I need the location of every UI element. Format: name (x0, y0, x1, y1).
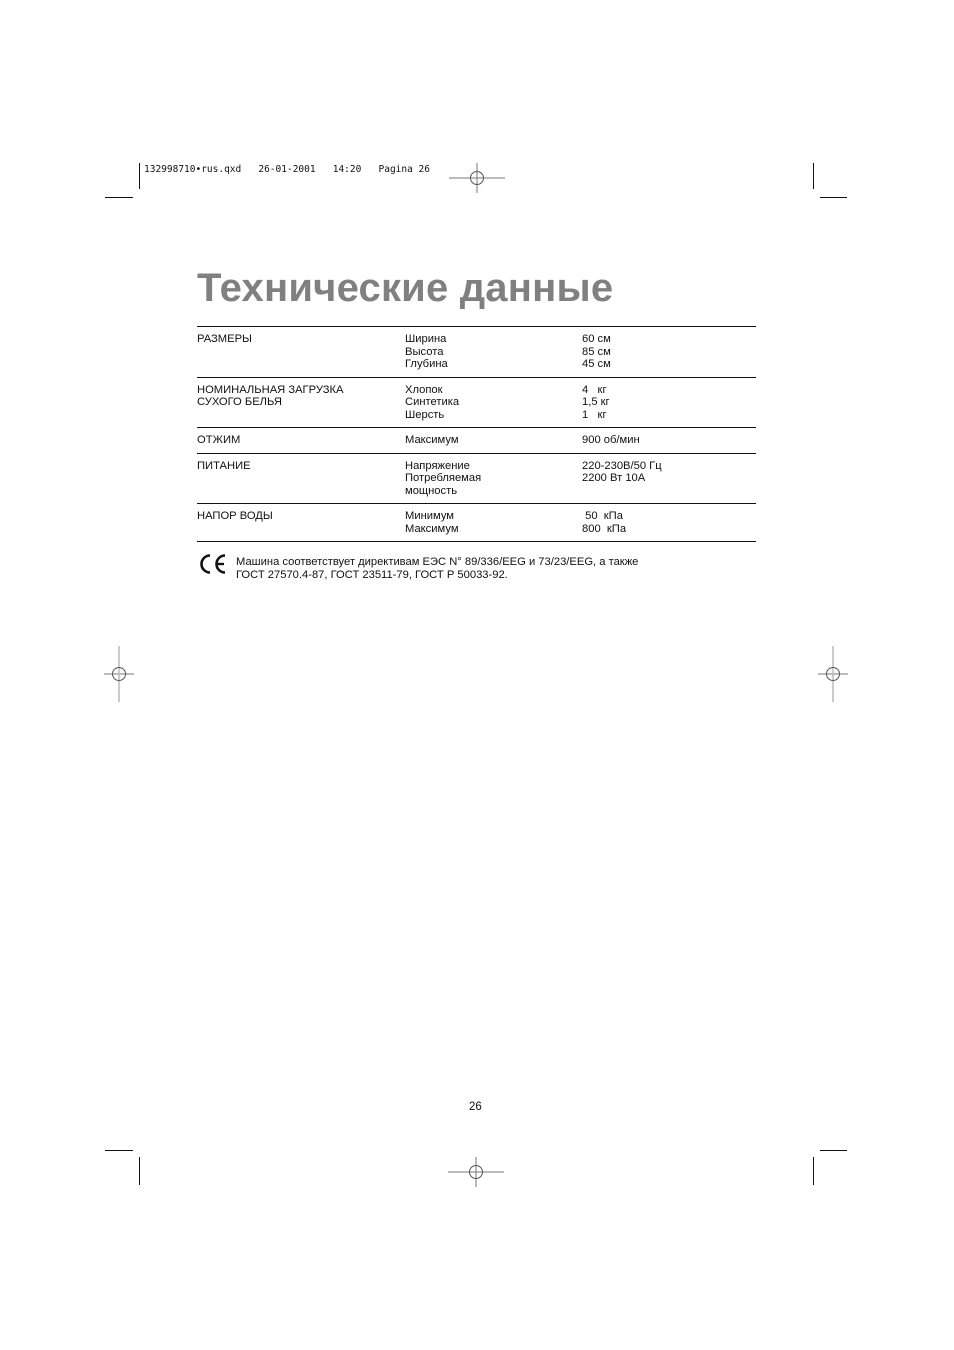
spec-category: НАПОР ВОДЫ (197, 510, 405, 523)
registration-mark-icon (449, 150, 505, 206)
spec-category: СУХОГО БЕЛЬЯ (197, 396, 405, 409)
crop-mark (813, 1157, 814, 1185)
spec-value: 50 кПа (582, 510, 756, 523)
crop-mark (139, 1157, 140, 1185)
spec-parameter-cell: Максимум (405, 434, 582, 447)
spec-parameter: Максимум (405, 523, 582, 536)
spec-parameter: Хлопок (405, 384, 582, 397)
spec-value-cell: 60 см85 см45 см (582, 333, 756, 371)
spec-value: 800 кПа (582, 523, 756, 536)
crop-mark (139, 163, 140, 189)
crop-mark (105, 197, 133, 198)
spec-parameter: Минимум (405, 510, 582, 523)
spec-category: РАЗМЕРЫ (197, 333, 405, 346)
spec-value: 220-230В/50 Гц (582, 460, 756, 473)
spec-parameter-cell: НапряжениеПотребляемаямощность (405, 460, 582, 498)
table-row: НОМИНАЛЬНАЯ ЗАГРУЗКАСУХОГО БЕЛЬЯХлопокСи… (197, 377, 756, 428)
registration-mark-icon (806, 646, 862, 702)
spec-value: 900 об/мин (582, 434, 756, 447)
compliance-line: Машина соответствует директивам ЕЭС N° 8… (236, 556, 696, 569)
spec-category: ПИТАНИЕ (197, 460, 405, 473)
spec-parameter-cell: ХлопокСинтетикаШерсть (405, 384, 582, 422)
table-row: РАЗМЕРЫШиринаВысотаГлубина60 см85 см45 с… (197, 326, 756, 377)
spec-value-cell: 900 об/мин (582, 434, 756, 447)
spec-parameter: мощность (405, 485, 582, 498)
spec-parameter: Потребляемая (405, 472, 582, 485)
crop-mark (813, 163, 814, 189)
spec-parameter: Высота (405, 346, 582, 359)
spec-value: 4 кг (582, 384, 756, 397)
spec-value-cell: 220-230В/50 Гц2200 Вт 10А (582, 460, 756, 498)
spec-parameter: Максимум (405, 434, 582, 447)
table-row: ОТЖИММаксимум900 об/мин (197, 427, 756, 453)
table-row: ПИТАНИЕНапряжениеПотребляемаямощность220… (197, 453, 756, 504)
compliance-text: Машина соответствует директивам ЕЭС N° 8… (236, 556, 696, 581)
spec-category-cell: НОМИНАЛЬНАЯ ЗАГРУЗКАСУХОГО БЕЛЬЯ (197, 384, 405, 422)
spec-value: 60 см (582, 333, 756, 346)
spec-category-cell: РАЗМЕРЫ (197, 333, 405, 371)
compliance-line: ГОСТ 27570.4-87, ГОСТ 23511-79, ГОСТ Р 5… (236, 569, 696, 582)
crop-mark (820, 1150, 847, 1151)
spec-parameter: Синтетика (405, 396, 582, 409)
spec-value-cell: 4 кг1,5 кг1 кг (582, 384, 756, 422)
spec-parameter: Шерсть (405, 409, 582, 422)
spec-category-cell: ПИТАНИЕ (197, 460, 405, 498)
spec-value: 1,5 кг (582, 396, 756, 409)
spec-value-cell: 50 кПа800 кПа (582, 510, 756, 535)
spec-parameter-cell: МинимумМаксимум (405, 510, 582, 535)
table-row: НАПОР ВОДЫМинимумМаксимум 50 кПа800 кПа (197, 503, 756, 542)
spec-table: РАЗМЕРЫШиринаВысотаГлубина60 см85 см45 с… (197, 326, 756, 542)
ce-mark-icon (198, 553, 228, 575)
registration-mark-icon (448, 1144, 504, 1200)
print-slug: 132998710•rus.qxd 26-01-2001 14:20 Pagin… (144, 164, 430, 175)
spec-category: ОТЖИМ (197, 434, 405, 447)
page-title: Технические данные (197, 266, 613, 311)
page-number: 26 (469, 1101, 482, 1113)
spec-value: 85 см (582, 346, 756, 359)
spec-parameter: Глубина (405, 358, 582, 371)
spec-value: 2200 Вт 10А (582, 472, 756, 485)
crop-mark (105, 1150, 133, 1151)
registration-mark-icon (92, 646, 148, 702)
spec-parameter: Напряжение (405, 460, 582, 473)
spec-value: 45 см (582, 358, 756, 371)
spec-category-cell: НАПОР ВОДЫ (197, 510, 405, 535)
spec-category-cell: ОТЖИМ (197, 434, 405, 447)
spec-value: 1 кг (582, 409, 756, 422)
crop-mark (820, 197, 847, 198)
spec-parameter: Ширина (405, 333, 582, 346)
spec-parameter-cell: ШиринаВысотаГлубина (405, 333, 582, 371)
spec-category: НОМИНАЛЬНАЯ ЗАГРУЗКА (197, 384, 405, 397)
